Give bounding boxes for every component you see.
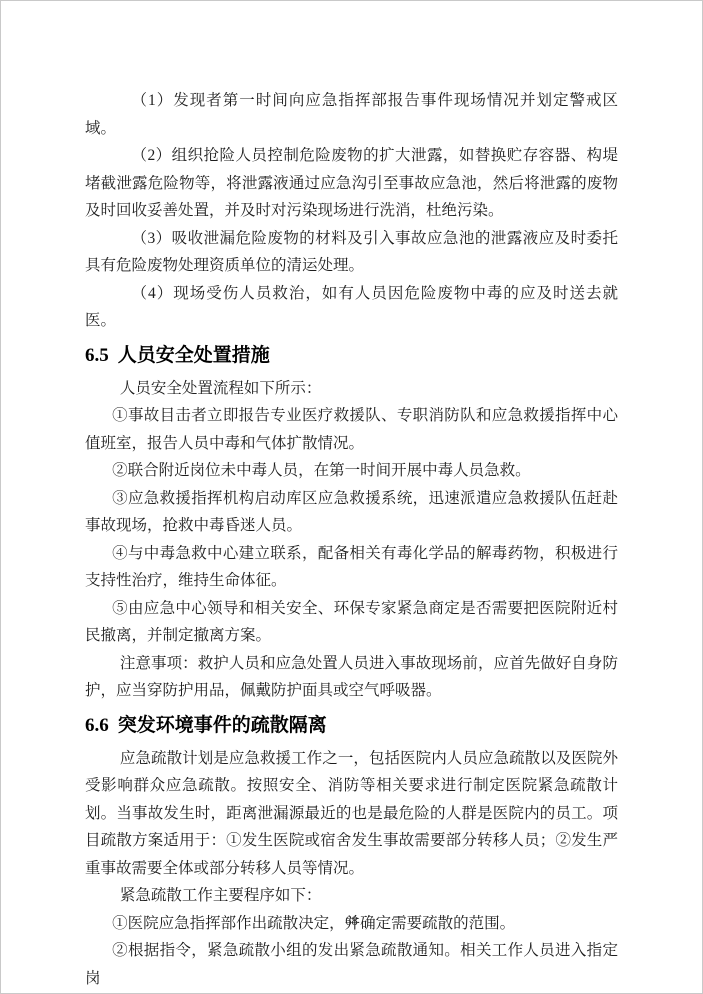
paragraph: ④与中毒急救中心建立联系，配备相关有毒化学品的解毒药物，积极进行支持性治疗，维持… bbox=[85, 540, 618, 595]
section-title: 突发环境事件的疏散隔离 bbox=[118, 715, 327, 736]
paragraph: ②根据指令，紧急疏散小组的发出紧急疏散通知。相关工作人员进入指定岗 bbox=[85, 937, 618, 992]
section-number: 6.6 bbox=[85, 715, 109, 736]
paragraph: ③应急救援指挥机构启动库区应急救援系统，迅速派遣应急救援队伍赶赴事故现场，抢救中… bbox=[85, 485, 618, 540]
paragraph: 应急疏散计划是应急救援工作之一，包括医院内人员应急疏散以及医院外受影响群众应急疏… bbox=[85, 745, 618, 883]
paragraph: （3）吸收泄漏危险废物的材料及引入事故应急池的泄露液应及时委托具有危险废物处理资… bbox=[85, 225, 618, 280]
paragraph: 紧急疏散工作主要程序如下： bbox=[85, 882, 618, 910]
paragraph: ⑤由应急中心领导和相关安全、环保专家紧急商定是否需要把医院附近村民撤离，并制定撤… bbox=[85, 595, 618, 650]
paragraph: 注意事项：救护人员和应急处置人员进入事故现场前，应首先做好自身防护，应当穿防护用… bbox=[85, 650, 618, 705]
section-heading-6-5: 6.5人员安全处置措施 bbox=[85, 341, 618, 371]
paragraph: （1）发现者第一时间向应急指挥部报告事件现场情况并划定警戒区域。 bbox=[85, 87, 618, 142]
page-number: 68 bbox=[1, 912, 702, 930]
paragraph: ①事故目击者立即报告专业医疗救援队、专职消防队和应急救援指挥中心值班室，报告人员… bbox=[85, 402, 618, 457]
document-page: （1）发现者第一时间向应急指挥部报告事件现场情况并划定警戒区域。 （2）组织抢险… bbox=[0, 0, 703, 994]
section-title: 人员安全处置措施 bbox=[118, 345, 270, 366]
section-number: 6.5 bbox=[85, 345, 109, 366]
paragraph: ②联合附近岗位未中毒人员，在第一时间开展中毒人员急救。 bbox=[85, 457, 618, 485]
paragraph: 人员安全处置流程如下所示： bbox=[85, 375, 618, 403]
paragraph: （4）现场受伤人员救治，如有人员因危险废物中毒的应及时送去就医。 bbox=[85, 280, 618, 335]
paragraph: （2）组织抢险人员控制危险废物的扩大泄露，如替换贮存容器、构堤堵截泄露危险物等，… bbox=[85, 142, 618, 225]
section-heading-6-6: 6.6突发环境事件的疏散隔离 bbox=[85, 711, 618, 741]
